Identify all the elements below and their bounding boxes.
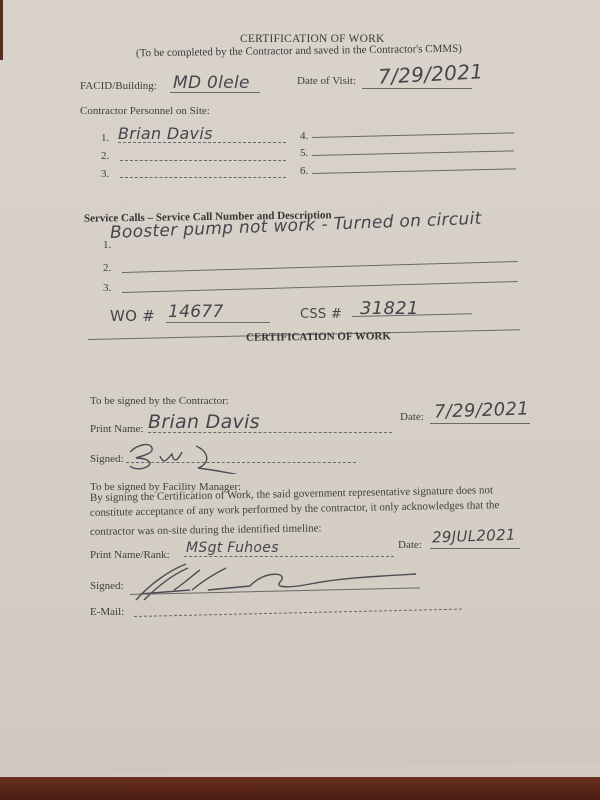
facid-underline [170, 92, 260, 93]
manager-print-name-field[interactable]: MSgt Fuhoes [186, 540, 279, 556]
date-of-visit-field[interactable]: 7/29/2021 [377, 59, 483, 88]
facid-label: FACID/Building: [80, 80, 157, 92]
personnel-heading: Contractor Personnel on Site: [80, 105, 210, 117]
service-call-num-2: 2. [103, 262, 111, 274]
service-call-field-2[interactable] [122, 261, 518, 273]
section2-title: CERTIFICATION OF WORK [246, 330, 391, 344]
personnel-field-2[interactable] [120, 160, 286, 161]
manager-signature[interactable] [130, 560, 420, 604]
personnel-num-5: 5. [300, 147, 308, 159]
personnel-field-1[interactable]: Brian Davis [118, 124, 213, 143]
disclaimer-line-3: contractor was on-site during the identi… [90, 522, 322, 538]
manager-date-label: Date: [398, 539, 422, 551]
personnel-field-3[interactable] [120, 177, 286, 178]
wo-underline [166, 322, 270, 323]
email-label: E-Mail: [90, 606, 124, 618]
contractor-print-name-label: Print Name: [90, 423, 143, 435]
personnel-num-6: 6. [300, 165, 308, 177]
contractor-signed-underline [126, 462, 356, 463]
facid-field[interactable]: MD 0lele [173, 73, 250, 93]
wood-edge-left [0, 0, 3, 60]
contractor-date-underline [430, 423, 530, 424]
contractor-print-name-field[interactable]: Brian Davis [148, 411, 260, 433]
personnel-num-4: 4. [300, 130, 308, 142]
personnel-field-4[interactable] [312, 132, 514, 138]
wo-number-field[interactable]: 14677 [168, 302, 224, 322]
personnel-field-6[interactable] [312, 168, 516, 174]
contractor-date-label: Date: [400, 411, 424, 423]
css-label: CSS # [300, 307, 342, 322]
contractor-signed-label: Signed: [90, 453, 124, 465]
manager-print-name-underline [184, 556, 394, 557]
service-call-num-3: 3. [103, 282, 111, 294]
date-of-visit-underline [362, 88, 472, 89]
personnel-num-3: 3. [101, 168, 109, 180]
personnel-num-2: 2. [101, 150, 109, 162]
wooden-table-surface [0, 777, 600, 800]
personnel-field-5[interactable] [312, 150, 514, 156]
form-subtitle: (To be completed by the Contractor and s… [136, 43, 462, 60]
manager-date-underline [430, 548, 520, 549]
email-field[interactable] [134, 609, 462, 617]
personnel-line-1 [118, 142, 286, 143]
contractor-print-name-underline [148, 432, 392, 433]
wo-label: WO # [110, 307, 155, 325]
manager-signed-label: Signed: [90, 580, 124, 592]
date-of-visit-label: Date of Visit: [297, 75, 356, 87]
manager-date-field[interactable]: 29JUL2021 [432, 526, 516, 547]
contractor-signature[interactable] [126, 438, 256, 474]
contractor-heading: To be signed by the Contractor: [90, 395, 229, 407]
service-call-field-3[interactable] [122, 281, 518, 293]
paper-sheet: CERTIFICATION OF WORK (To be completed b… [0, 0, 600, 782]
personnel-num-1: 1. [101, 132, 109, 144]
contractor-date-field[interactable]: 7/29/2021 [434, 398, 530, 422]
